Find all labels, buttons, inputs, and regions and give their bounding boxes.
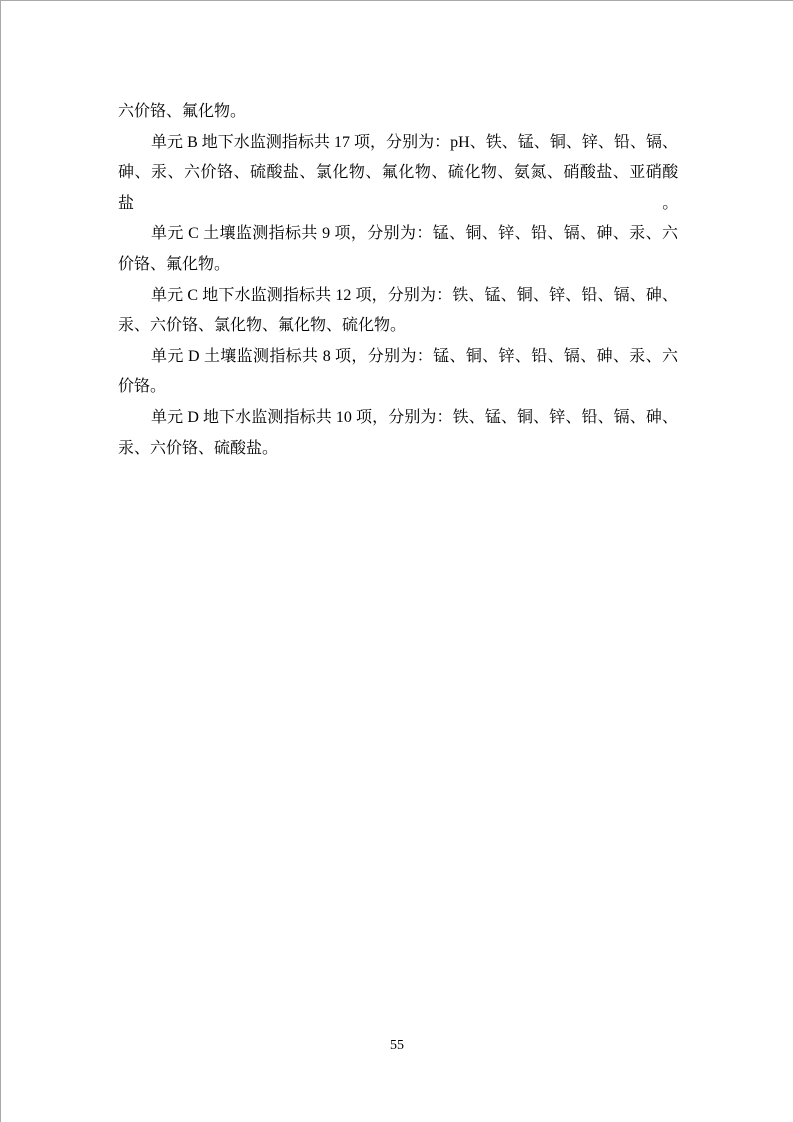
text-line: 单元 C 地下水监测指标共 12 项，分别为：铁、锰、铜、锌、铅、镉、砷、 <box>118 281 678 312</box>
text-line: 汞、六价铬、硫酸盐。 <box>118 434 678 465</box>
text-line: 汞、六价铬、氯化物、氟化物、硫化物。 <box>118 311 678 342</box>
body-text: 六价铬、氟化物。 单元 B 地下水监测指标共 17 项，分别为：pH、铁、锰、铜… <box>118 97 678 464</box>
text-line: 价铬、氟化物。 <box>118 250 678 281</box>
page-number: 55 <box>390 1038 404 1053</box>
text-line: 价铬。 <box>118 372 678 403</box>
text-line: 单元 B 地下水监测指标共 17 项，分别为：pH、铁、锰、铜、锌、铅、镉、 <box>118 128 678 159</box>
text-line: 单元 D 土壤监测指标共 8 项，分别为：锰、铜、锌、铅、镉、砷、汞、六 <box>118 342 678 373</box>
document-page: 六价铬、氟化物。 单元 B 地下水监测指标共 17 项，分别为：pH、铁、锰、铜… <box>0 0 793 1122</box>
text-line: 单元 C 土壤监测指标共 9 项，分别为：锰、铜、锌、铅、镉、砷、汞、六 <box>118 219 678 250</box>
text-line: 砷、汞、六价铬、硫酸盐、氯化物、氟化物、硫化物、氨氮、硝酸盐、亚硝酸盐。 <box>118 158 678 219</box>
text-line: 单元 D 地下水监测指标共 10 项，分别为：铁、锰、铜、锌、铅、镉、砷、 <box>118 403 678 434</box>
page-footer: 55 <box>1 1038 793 1054</box>
text-line: 六价铬、氟化物。 <box>118 97 678 128</box>
